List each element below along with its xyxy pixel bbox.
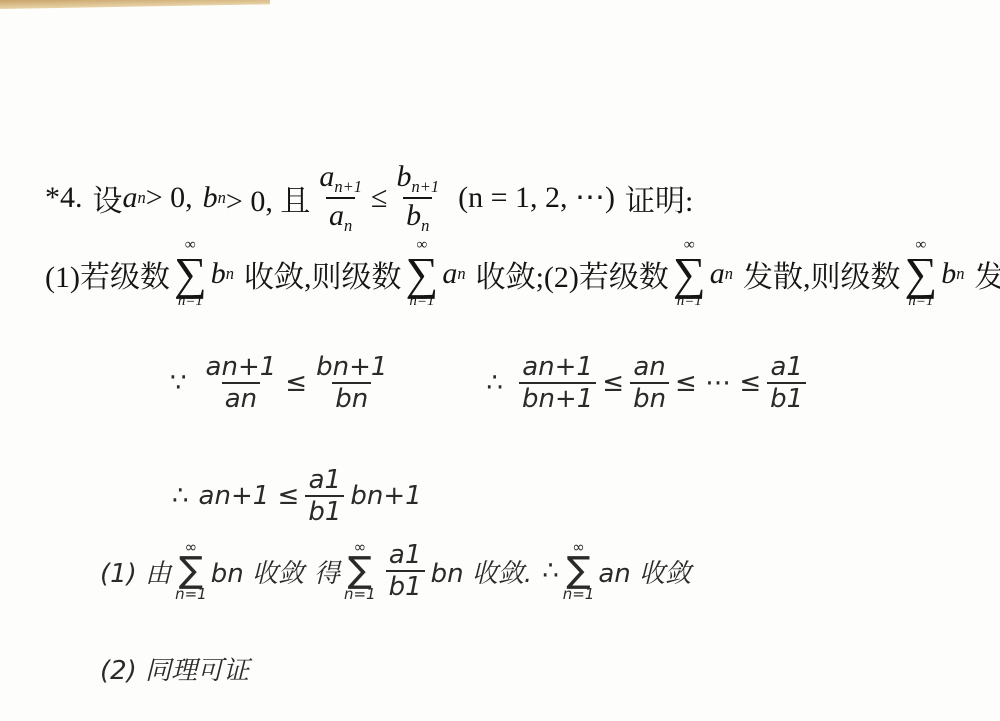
var: b	[211, 257, 226, 291]
part2-similar-proof: (2) 同理可证	[100, 650, 249, 687]
part1-label: (1) 由	[100, 553, 171, 590]
num: an+1	[203, 352, 280, 382]
therefore-symbol: ∴	[542, 556, 559, 586]
problem-number: *4.	[45, 181, 83, 215]
sum-an-converges: an 收敛	[598, 553, 691, 590]
sigma: ∑	[673, 253, 706, 294]
solution-part1: (1) 由 ∞∑n=1 bn 收敛 得 ∞∑n=1 a1b1 bn 收敛. ∴ …	[100, 540, 691, 602]
sub: n	[457, 264, 465, 284]
sigma: ∑	[348, 555, 372, 587]
sub: n	[344, 216, 352, 235]
condition-text: > 0, 且	[226, 176, 310, 220]
sigma: ∑	[566, 555, 590, 587]
part1-end: 收敛;	[476, 252, 544, 296]
num: an+1	[519, 352, 596, 382]
num: a1	[306, 465, 344, 495]
fraction-b-ratio: bn+1 bn	[393, 160, 442, 236]
solution-part2: (2) 同理可证	[100, 650, 249, 687]
because-symbol: ∵	[170, 368, 187, 398]
leq-symbol: ≤	[371, 181, 387, 215]
summation: ∞∑n=1	[904, 238, 937, 309]
ellipsis-chain: ≤ ⋯ ≤	[675, 368, 761, 398]
summation: ∞∑n=1	[174, 238, 207, 309]
part2-end: 发散.	[975, 252, 1000, 296]
problem-statement-line1: *4. 设 an > 0, bn > 0, 且 an+1 an ≤ bn+1 b…	[45, 160, 693, 236]
sub: n	[226, 264, 234, 284]
den: b	[406, 199, 421, 232]
den: an	[222, 382, 260, 414]
num: bn+1	[313, 352, 390, 382]
sigma: ∑	[179, 555, 203, 587]
den: b1	[305, 495, 344, 527]
part1-mid: 收敛,则级数	[244, 252, 402, 296]
sum-bn-converges: bn 收敛	[211, 553, 304, 590]
sub: n+1	[411, 177, 439, 196]
paper-edge	[0, 0, 270, 9]
problem-statement-line2: (1)若级数 ∞∑n=1 bn 收敛,则级数 ∞∑n=1 an 收敛; (2)若…	[45, 238, 1000, 309]
sub: n+1	[334, 177, 362, 196]
summation: ∞∑n=1	[673, 238, 706, 309]
sum-lower: n=1	[344, 587, 376, 602]
sum-lower: n=1	[908, 294, 933, 309]
num: b	[396, 160, 411, 193]
sum-lower: n=1	[563, 587, 595, 602]
den: a	[329, 199, 344, 232]
den: b1	[386, 570, 425, 602]
sub: n	[956, 264, 964, 284]
summation: ∞∑n=1	[406, 238, 439, 309]
prove-label: 证明:	[625, 176, 693, 220]
var: a	[710, 257, 725, 291]
sub: n	[138, 188, 146, 208]
sum-lower: n=1	[677, 294, 702, 309]
sigma: ∑	[174, 253, 207, 294]
index-range: (n = 1, 2, ⋯)	[458, 180, 615, 215]
leq-symbol: ≤	[285, 368, 307, 398]
sub: n	[421, 216, 429, 235]
scaled-sum-converges: bn 收敛.	[431, 553, 533, 590]
sub: n	[218, 188, 226, 208]
sum-lower: n=1	[178, 294, 203, 309]
sub: n	[725, 264, 733, 284]
solution-step1: ∵ an+1an ≤ bn+1bn ∴ an+1bn+1 ≤ anbn ≤ ⋯ …	[170, 352, 812, 414]
condition-text: > 0,	[146, 181, 193, 215]
num: an	[630, 352, 668, 382]
den: bn	[630, 382, 669, 414]
den: b1	[767, 382, 806, 414]
part2-mid: 发散,则级数	[743, 252, 901, 296]
therefore-symbol: ∴	[486, 368, 503, 398]
num: a	[319, 160, 334, 193]
get-text: 得	[314, 553, 340, 590]
inequality-rhs: bn+1	[350, 481, 421, 511]
den: bn	[332, 382, 371, 414]
var: b	[941, 257, 956, 291]
var-b: b	[203, 181, 218, 215]
sum-lower: n=1	[175, 587, 207, 602]
part2-label: (2)若级数	[544, 252, 669, 296]
intro-text: 设	[93, 176, 123, 220]
var: a	[442, 257, 457, 291]
sigma: ∑	[406, 253, 439, 294]
den: bn+1	[519, 382, 596, 414]
sigma: ∑	[904, 253, 937, 294]
num: a1	[386, 540, 424, 570]
part1-label: (1)若级数	[45, 252, 170, 296]
fraction-a-ratio: an+1 an	[316, 160, 365, 236]
leq-symbol: ≤	[602, 368, 624, 398]
num: a1	[767, 352, 805, 382]
var-a: a	[123, 181, 138, 215]
sum-lower: n=1	[409, 294, 434, 309]
inequality-lhs: an+1 ≤	[199, 481, 300, 511]
therefore-symbol: ∴	[172, 481, 189, 511]
solution-step2: ∴ an+1 ≤ a1b1 bn+1	[172, 465, 422, 527]
